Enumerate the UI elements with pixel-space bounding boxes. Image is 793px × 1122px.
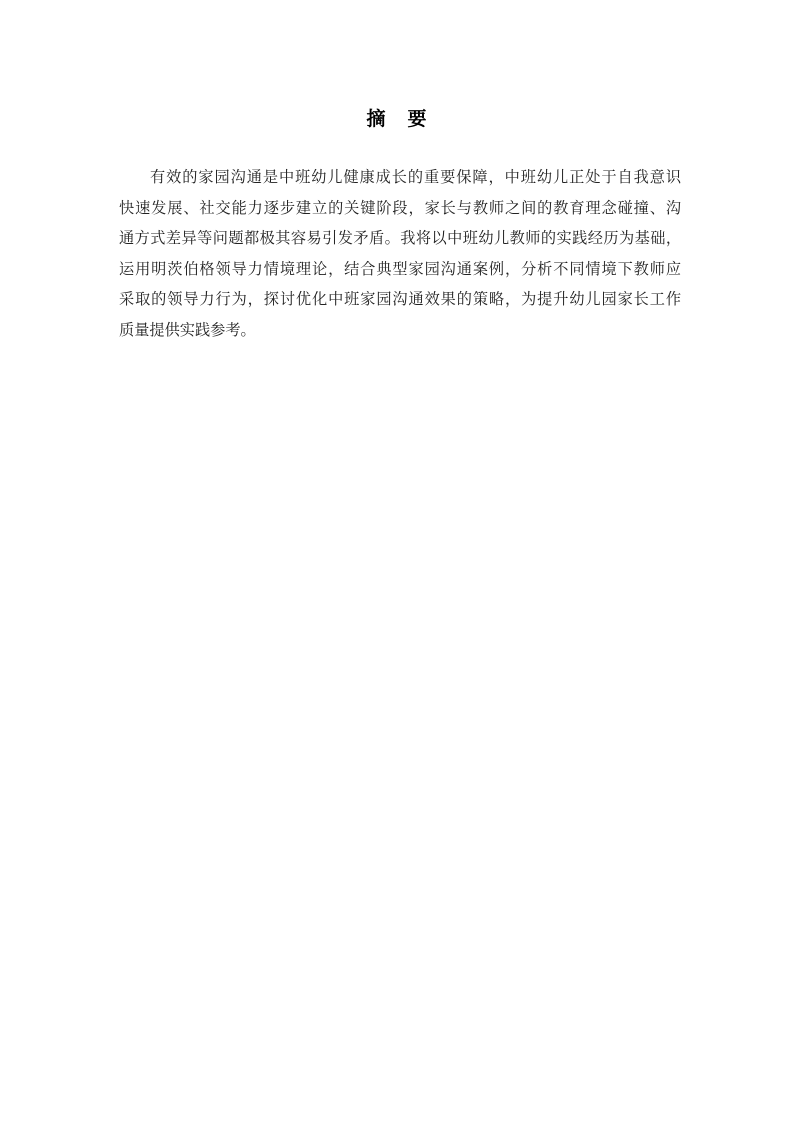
abstract-line-2: 快速发展、社交能力逐步建立的关键阶段，家长与教师之间的教育理念碰撞、沟 [119, 193, 681, 224]
abstract-paragraph: 有效的家园沟通是中班幼儿健康成长的重要保障，中班幼儿正处于自我意识 快速发展、社… [119, 162, 681, 345]
abstract-line-1: 有效的家园沟通是中班幼儿健康成长的重要保障，中班幼儿正处于自我意识 [119, 162, 681, 193]
abstract-line-3: 通方式差异等问题都极其容易引发矛盾。我将以中班幼儿教师的实践经历为基础， [119, 223, 681, 254]
title-char-2: 要 [408, 108, 427, 130]
abstract-line-4: 运用明茨伯格领导力情境理论，结合典型家园沟通案例，分析不同情境下教师应 [119, 254, 681, 285]
document-page: 摘要 有效的家园沟通是中班幼儿健康成长的重要保障，中班幼儿正处于自我意识 快速发… [0, 0, 793, 1122]
abstract-line-6: 质量提供实践参考。 [119, 315, 681, 346]
abstract-title: 摘要 [0, 104, 793, 131]
abstract-line-5: 采取的领导力行为，探讨优化中班家园沟通效果的策略，为提升幼儿园家长工作 [119, 284, 681, 315]
title-char-1: 摘 [366, 108, 385, 130]
